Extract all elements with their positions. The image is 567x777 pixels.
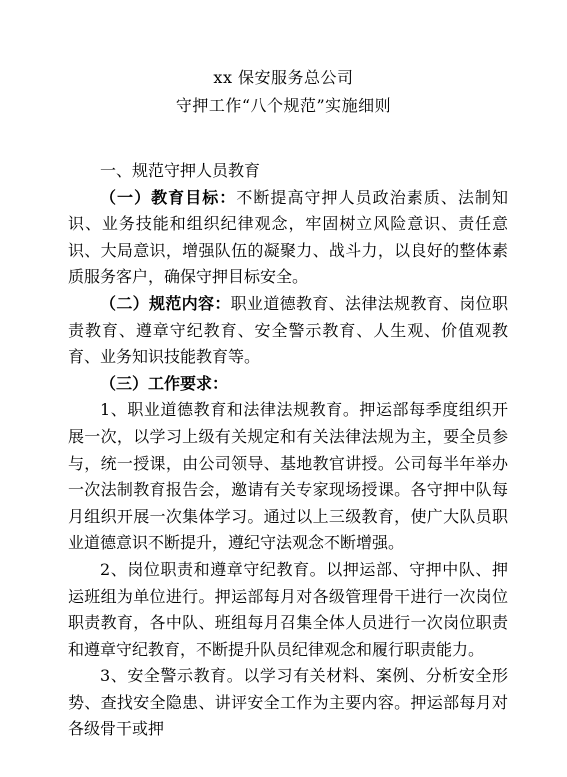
paragraph-work-requirements: （三）工作要求： <box>68 371 508 398</box>
paragraph-standard-content: （二）规范内容：职业道德教育、法律法规教育、岗位职责教育、遵章守纪教育、安全警示… <box>68 291 508 371</box>
paragraph-lead: （一）教育目标： <box>100 188 236 207</box>
paragraph-text: 3、安全警示教育。以学习有关材料、案例、分析安全形势、查找安全隐患、讲评安全工作… <box>68 666 508 738</box>
document-page: xx 保安服务总公司 守押工作“八个规范”实施细则 一、规范守押人员教育 （一）… <box>0 0 567 777</box>
paragraph-education-goal: （一）教育目标：不断提高守押人员政治素质、法制知识、业务技能和组织纪律观念，牢固… <box>68 185 508 291</box>
paragraph-text: 2、岗位职责和遵章守纪教育。以押运部、守押中队、押运班组为单位进行。押运部每月对… <box>68 560 508 659</box>
paragraph-text: 1、职业道德教育和法律法规教育。押运部每季度组织开展一次，以学习上级有关规定和有… <box>68 400 508 552</box>
paragraph-item-1: 1、职业道德教育和法律法规教育。押运部每季度组织开展一次，以学习上级有关规定和有… <box>68 397 508 557</box>
section-heading: 一、规范守押人员教育 <box>68 158 508 185</box>
paragraph-item-2: 2、岗位职责和遵章守纪教育。以押运部、守押中队、押运班组为单位进行。押运部每月对… <box>68 557 508 663</box>
paragraph-lead: （三）工作要求： <box>100 374 228 393</box>
doc-subtitle: 守押工作“八个规范”实施细则 <box>0 92 567 120</box>
paragraph-lead: （二）规范内容： <box>100 294 231 313</box>
doc-body: 一、规范守押人员教育 （一）教育目标：不断提高守押人员政治素质、法制知识、业务技… <box>68 158 508 743</box>
paragraph-item-3: 3、安全警示教育。以学习有关材料、案例、分析安全形势、查找安全隐患、讲评安全工作… <box>68 663 508 743</box>
doc-title: xx 保安服务总公司 <box>0 0 567 92</box>
